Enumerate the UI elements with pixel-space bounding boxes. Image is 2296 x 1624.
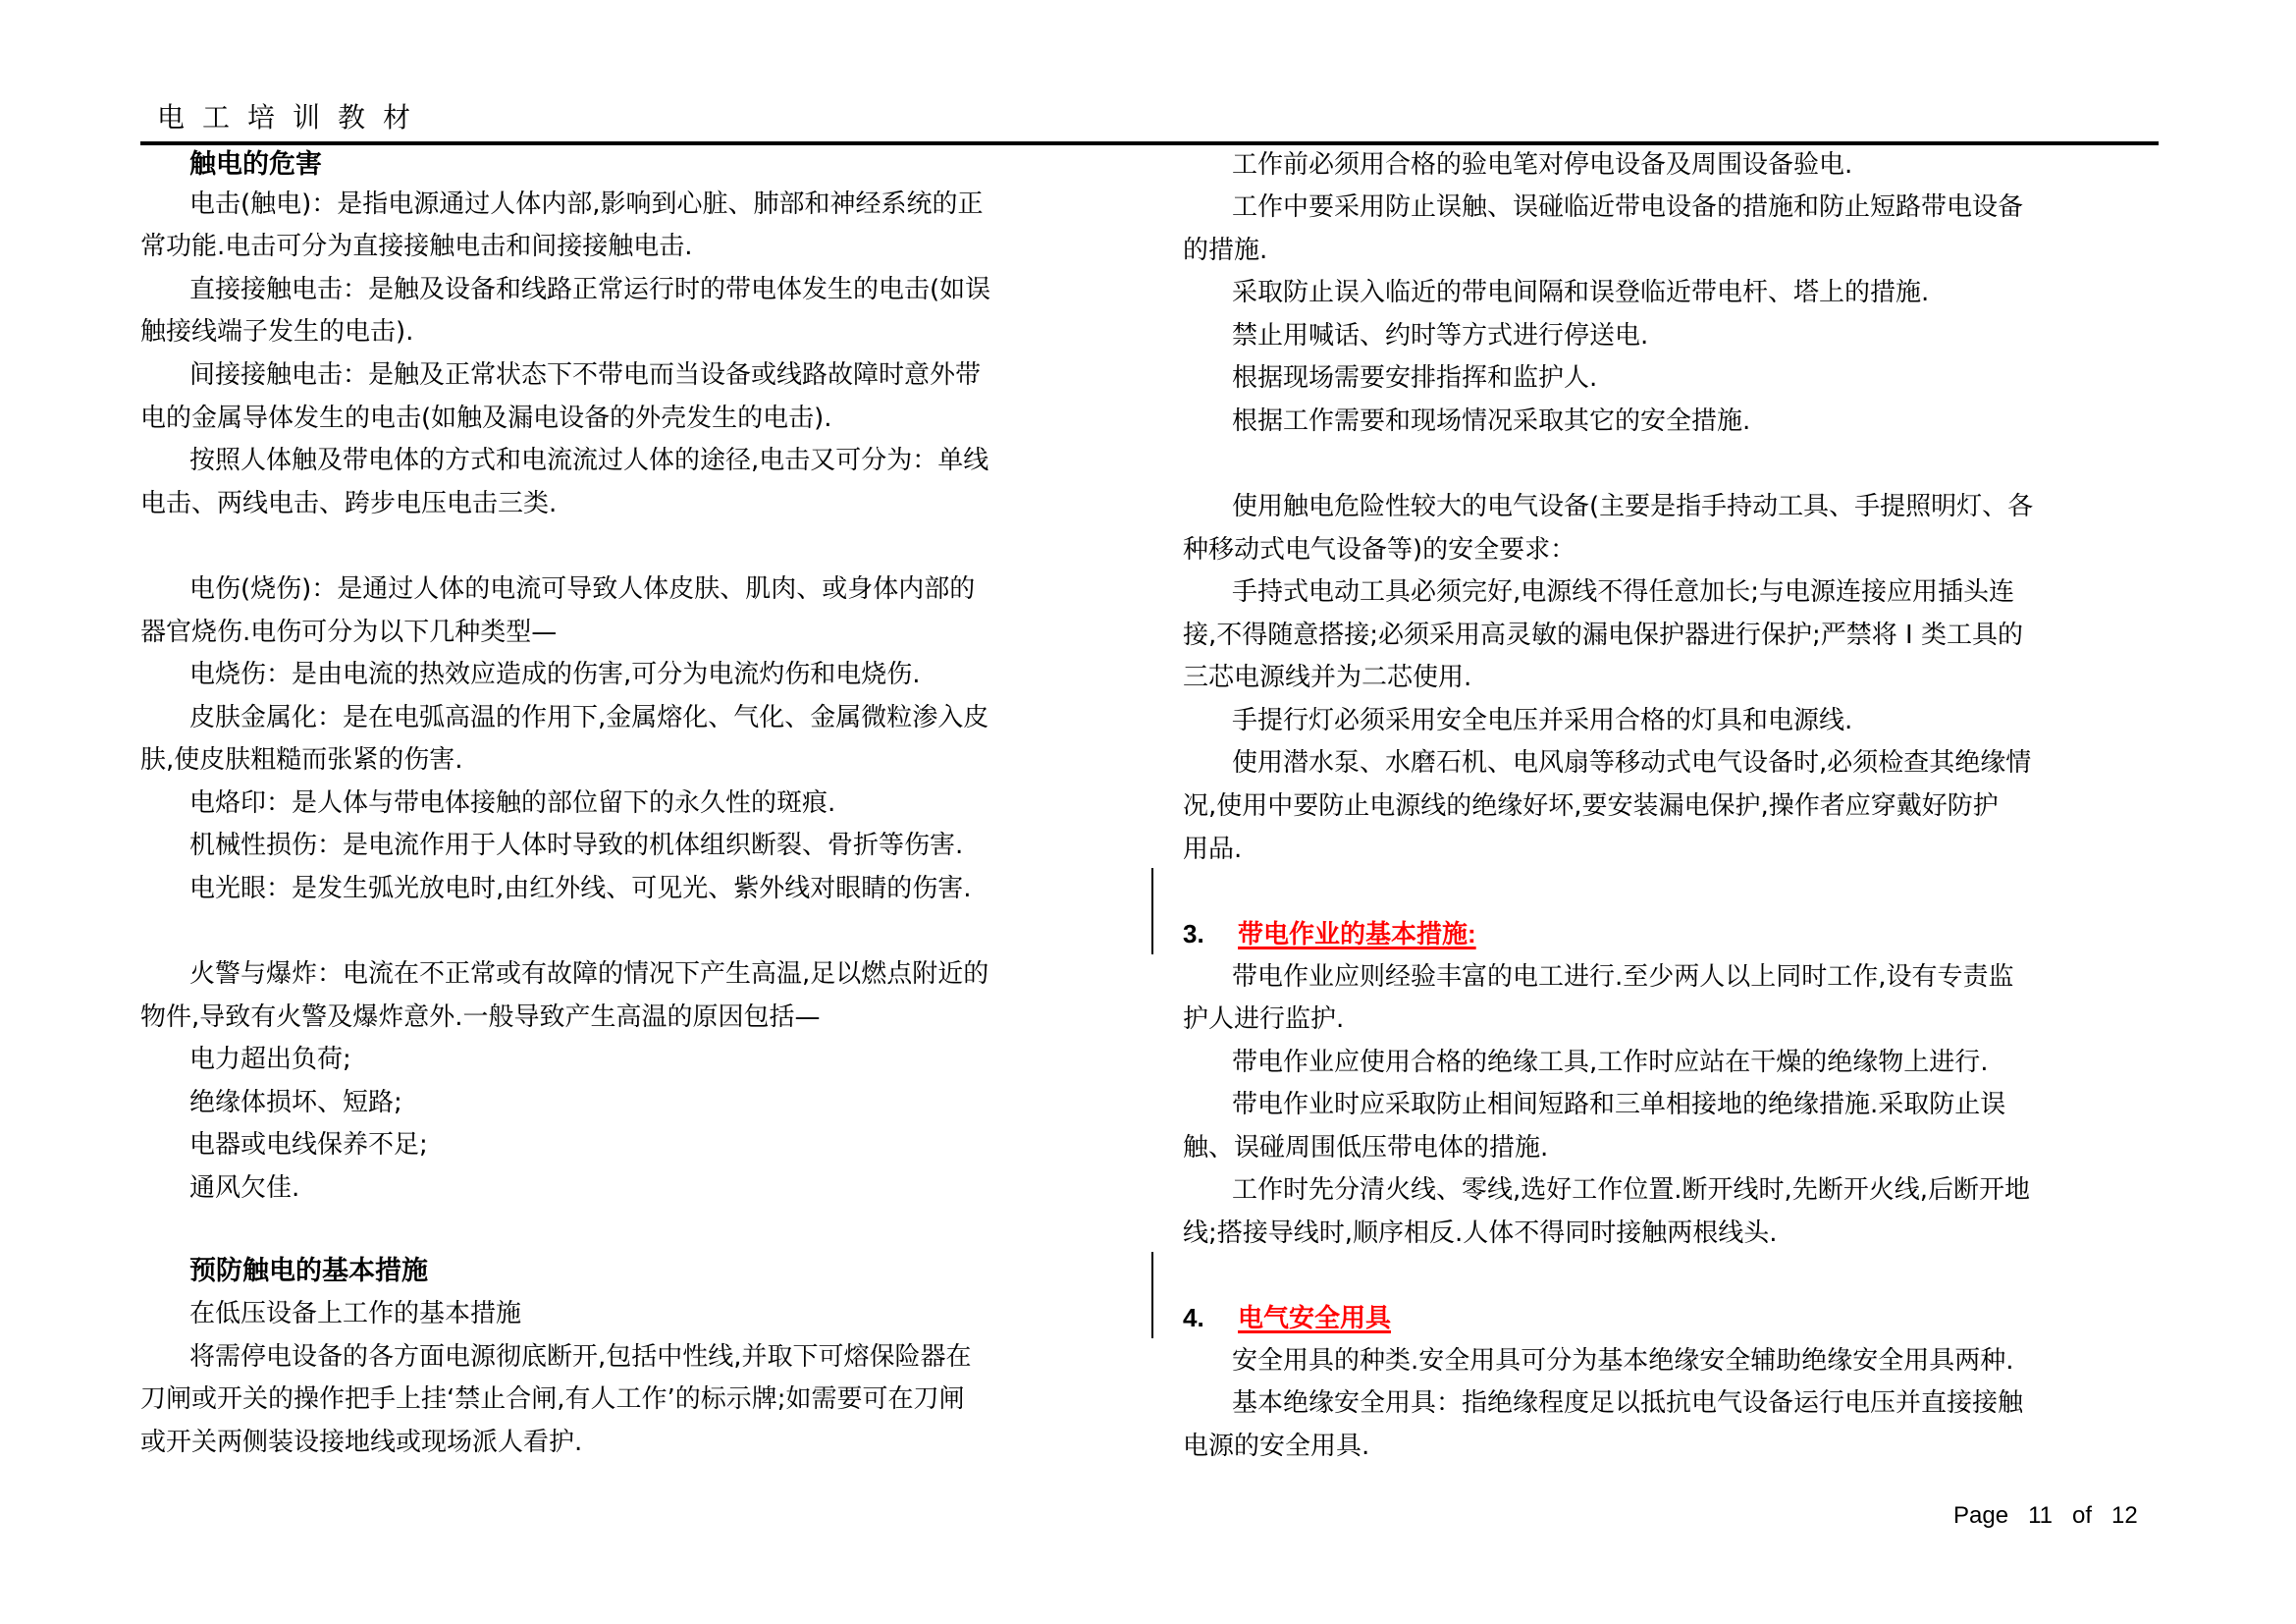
paragraph-line: 火警与爆炸：电流在不正常或有故障的情况下产生高温,足以燃点附近的 xyxy=(189,956,988,992)
paragraph-line: 根据工作需要和现场情况采取其它的安全措施. xyxy=(1232,404,1750,439)
section-number: 3. xyxy=(1183,916,1238,951)
section-heading-live-work: 3.带电作业的基本措施: xyxy=(1183,916,1476,951)
paragraph-line: 电的金属导体发生的电击(如触及漏电设备的外壳发生的电击). xyxy=(140,401,832,436)
paragraph-line: 物件,导致有火警及爆炸意外.一般导致产生高温的原因包括— xyxy=(140,1000,821,1035)
paragraph-line: 基本绝缘安全用具：指绝缘程度足以抵抗电气设备运行电压并直接接触 xyxy=(1232,1385,2023,1421)
paragraph-line: 工作中要采用防止误触、误碰临近带电设备的措施和防止短路带电设备 xyxy=(1232,189,2023,225)
paragraph-line: 护人进行监护. xyxy=(1183,1001,1344,1037)
paragraph-line: 电器或电线保养不足; xyxy=(189,1127,428,1163)
paragraph-line: 通风欠佳. xyxy=(189,1170,299,1206)
paragraph-line: 带电作业时应采取防止相间短路和三单相接地的绝缘措施.采取防止误 xyxy=(1232,1087,2005,1122)
paragraph-line: 将需停电设备的各方面电源彻底断开,包括中性线,并取下可熔保险器在 xyxy=(189,1339,972,1375)
paragraph-line: 三芯电源线并为二芯使用. xyxy=(1183,660,1471,695)
paragraph-line: 带电作业应使用合格的绝缘工具,工作时应站在干燥的绝缘物上进行. xyxy=(1232,1045,1989,1080)
section-number: 4. xyxy=(1183,1300,1238,1335)
paragraph-line: 机械性损伤：是电流作用于人体时导致的机体组织断裂、骨折等伤害. xyxy=(189,828,963,863)
paragraph-line: 种移动式电气设备等)的安全要求： xyxy=(1183,532,1575,568)
page-footer: Page11of12 xyxy=(1953,1502,2158,1530)
paragraph-line: 手提行灯必须采用安全电压并采用合格的灯具和电源线. xyxy=(1232,703,1852,738)
paragraph-line: 电光眼：是发生弧光放电时,由红外线、可见光、紫外线对眼睛的伤害. xyxy=(189,871,972,906)
paragraph-line: 线;搭接导线时,顺序相反.人体不得同时接触两根线头. xyxy=(1183,1216,1778,1251)
section-heading-safety-equipment: 4.电气安全用具 xyxy=(1183,1300,1391,1335)
paragraph-line: 按照人体触及带电体的方式和电流流过人体的途径,电击又可分为：单线 xyxy=(189,443,988,478)
paragraph-line: 器官烧伤.电伤可分为以下几种类型— xyxy=(140,615,557,650)
paragraph-line: 肤,使皮肤粗糙而张紧的伤害. xyxy=(140,742,463,778)
paragraph-line: 使用触电危险性较大的电气设备(主要是指手持动工具、手提照明灯、各 xyxy=(1232,489,2033,524)
paragraph-line: 皮肤金属化：是在电弧高温的作用下,金属熔化、气化、金属微粒渗入皮 xyxy=(189,700,988,735)
paragraph-line: 电击(触电)：是指电源通过人体内部,影响到心脏、肺部和神经系统的正 xyxy=(189,187,984,222)
section-heading-electric-shock-hazards: 触电的危害 xyxy=(189,147,322,183)
paragraph-line: 带电作业应则经验丰富的电工进行.至少两人以上同时工作,设有专责监 xyxy=(1232,959,2014,995)
paragraph-line: 根据现场需要安排指挥和监护人. xyxy=(1232,360,1597,396)
section-title: 电气安全用具 xyxy=(1238,1303,1391,1332)
header-divider xyxy=(140,141,2159,145)
paragraph-line: 电击、两线电击、跨步电压电击三类. xyxy=(140,486,557,521)
paragraph-line: 使用潜水泵、水磨石机、电风扇等移动式电气设备时,必须检查其绝缘情 xyxy=(1232,745,2031,781)
page-total: 12 xyxy=(2111,1502,2138,1530)
paragraph-line: 绝缘体损坏、短路; xyxy=(189,1085,402,1120)
paragraph-line: 况,使用中要防止电源线的绝缘好坏,要安装漏电保护,操作者应穿戴好防护 xyxy=(1183,788,1999,824)
page-number: 11 xyxy=(2028,1502,2053,1530)
revision-bar xyxy=(1151,1252,1153,1338)
paragraph-line: 电伤(烧伤)：是通过人体的电流可导致人体皮肤、肌肉、或身体内部的 xyxy=(189,571,975,607)
paragraph-line: 常功能.电击可分为直接接触电击和间接接触电击. xyxy=(140,229,693,264)
section-heading-shock-prevention: 预防触电的基本措施 xyxy=(189,1254,428,1289)
of-label: of xyxy=(2072,1502,2092,1530)
paragraph-line: 触接线端子发生的电击). xyxy=(140,314,413,350)
paragraph-line: 电力超出负荷; xyxy=(189,1042,351,1077)
section-title: 带电作业的基本措施: xyxy=(1238,919,1476,948)
paragraph-line: 电源的安全用具. xyxy=(1183,1429,1369,1464)
paragraph-line: 的措施. xyxy=(1183,233,1267,268)
paragraph-line: 工作前必须用合格的验电笔对停电设备及周围设备验电. xyxy=(1232,147,1852,183)
revision-bar xyxy=(1151,868,1153,954)
paragraph-line: 手持式电动工具必须完好,电源线不得任意加长;与电源连接应用插头连 xyxy=(1232,574,2014,610)
paragraph-line: 直接接触电击：是触及设备和线路正常运行时的带电体发生的电击(如误 xyxy=(189,272,990,307)
paragraph-line: 安全用具的种类.安全用具可分为基本绝缘安全辅助绝缘安全用具两种. xyxy=(1232,1343,2014,1379)
paragraph-line: 间接接触电击：是触及正常状态下不带电而当设备或线路故障时意外带 xyxy=(189,357,981,393)
paragraph-line: 接,不得随意搭接;必须采用高灵敏的漏电保护器进行保护;严禁将 I 类工具的 xyxy=(1183,618,2023,653)
paragraph-line: 电烧伤：是由电流的热效应造成的伤害,可分为电流灼伤和电烧伤. xyxy=(189,657,921,692)
paragraph-line: 刀闸或开关的操作把手上挂‘禁止合闸,有人工作’的标示牌;如需要可在刀闸 xyxy=(140,1381,965,1417)
paragraph-line: 触、误碰周围低压带电体的措施. xyxy=(1183,1130,1548,1165)
paragraph-line: 工作时先分清火线、零线,选好工作位置.断开线时,先断开火线,后断开地 xyxy=(1232,1172,2030,1208)
paragraph-line: 电烙印：是人体与带电体接触的部位留下的永久性的斑痕. xyxy=(189,785,835,821)
paragraph-line: 用品. xyxy=(1183,832,1242,867)
page-label: Page xyxy=(1953,1502,2008,1530)
document-title: 电工培训教材 xyxy=(157,100,428,135)
paragraph-line: 禁止用喊话、约时等方式进行停送电. xyxy=(1232,318,1648,353)
paragraph-line: 或开关两侧装设接地线或现场派人看护. xyxy=(140,1425,582,1460)
paragraph-line: 采取防止误入临近的带电间隔和误登临近带电杆、塔上的措施. xyxy=(1232,275,1929,310)
paragraph-line: 在低压设备上工作的基本措施 xyxy=(189,1296,521,1331)
